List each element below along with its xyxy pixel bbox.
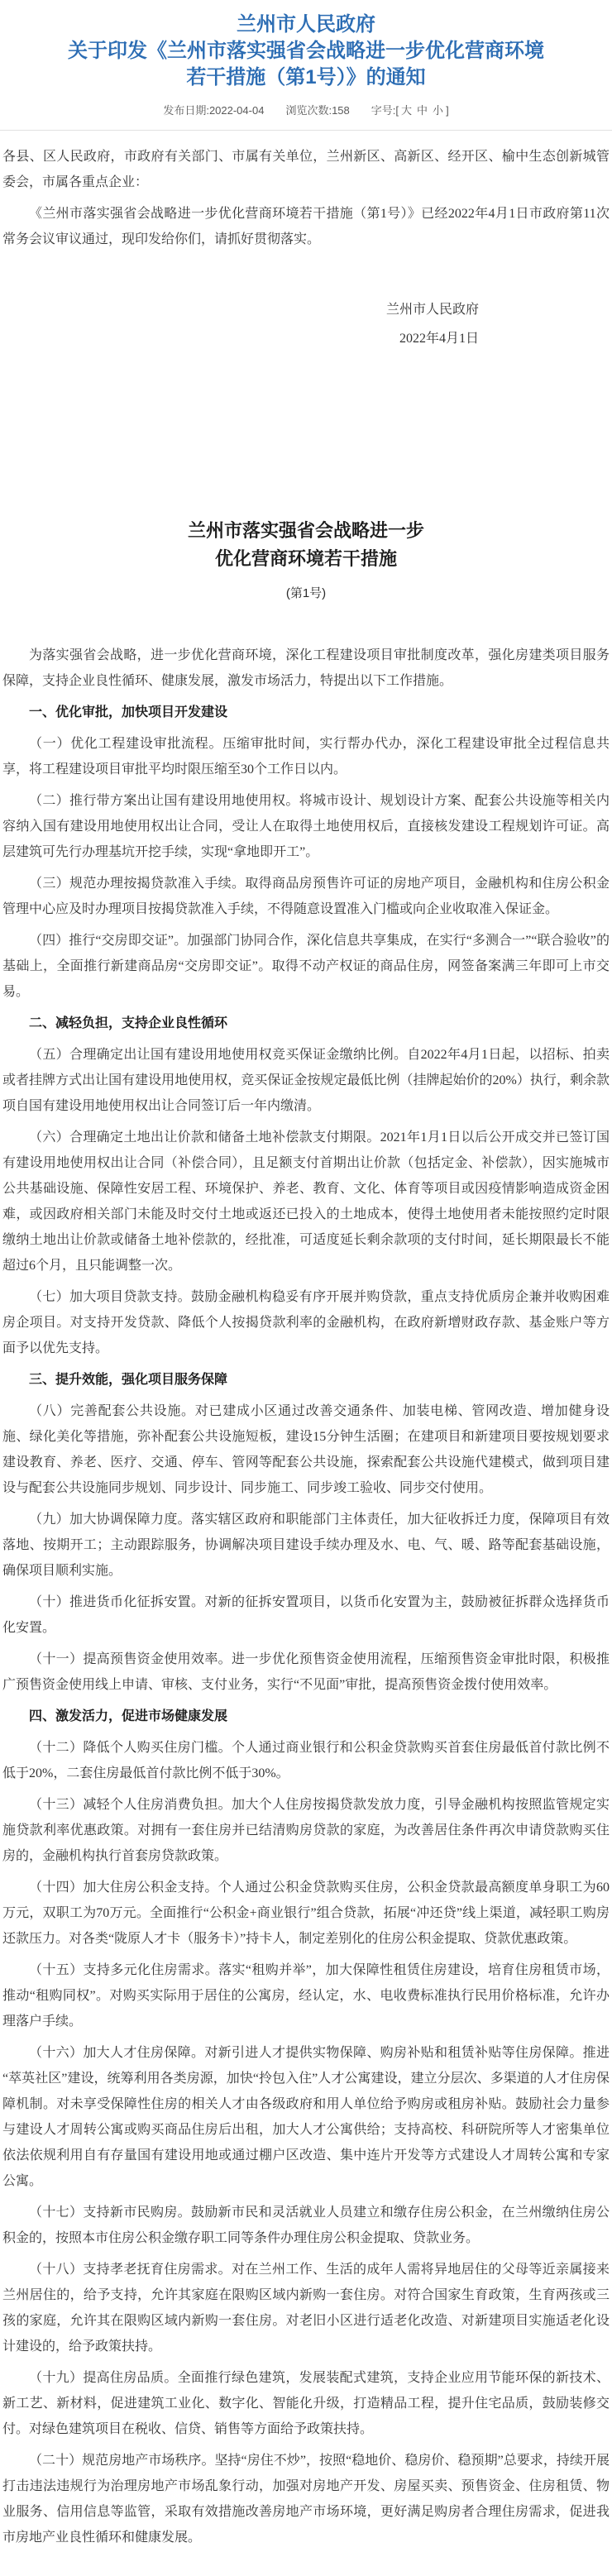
notice-header: 兰州市人民政府关于印发《兰州市落实强省会战略进一步优化营商环境若干措施（第1号）… [0, 0, 612, 131]
page-title-line: 关于印发《兰州市落实强省会战略进一步优化营商环境 [0, 38, 612, 65]
document-title-line: 优化营商环境若干措施 [2, 545, 610, 573]
font-size-control: 大中小 [399, 102, 446, 117]
document-paragraph: （十三）减轻个人住房消费负担。加大个人住房按揭贷款发放力度，引导金融机构按照监管… [2, 1792, 610, 1869]
document-paragraph: （六）合理确定土地出让价款和储备土地补偿款支付期限。2021年1月1日以后公开成… [2, 1125, 610, 1278]
document-subtitle: (第1号) [2, 581, 610, 606]
signature-block: 兰州市人民政府 2022年4月1日 [2, 295, 610, 353]
document-paragraph: 为落实强省会战略，进一步优化营商环境，深化工程建设项目审批制度改革，强化房建类项… [2, 643, 610, 694]
signature: 兰州市人民政府 [2, 295, 479, 324]
document-paragraph: （十八）支持孝老抚育住房需求。对在兰州工作、生活的成年人需将异地居住的父母等近亲… [2, 2257, 610, 2359]
document-paragraph: （十五）支持多元化住房需求。落实“租购并举”，加大保障性租赁住房建设，培育住房租… [2, 1957, 610, 2034]
notice-content: 各县、区人民政府，市政府有关部门、市属有关单位，兰州新区、高新区、经开区、榆中生… [0, 144, 612, 2576]
document-paragraph: （八）完善配套公共设施。对已建成小区通过改善交通条件、加装电梯、管网改造、增加健… [2, 1398, 610, 1501]
font-size-option[interactable]: 小 [430, 104, 446, 117]
document-paragraph: （十六）加大人才住房保障。对新引进人才提供实物保障、购房补贴和租赁补贴等住房保障… [2, 2040, 610, 2194]
font-size-option[interactable]: 大 [399, 104, 414, 117]
document-paragraph: （九）加大协调保障力度。落实辖区政府和职能部门主体责任，加大征收拆迁力度，保障项… [2, 1507, 610, 1584]
bracket-close: ] [446, 104, 449, 117]
page-title: 兰州市人民政府关于印发《兰州市落实强省会战略进一步优化营商环境若干措施（第1号）… [0, 12, 612, 91]
meta-bar: 发布日期: 2022-04-04浏览次数:158字号: [ 大中小 ] [0, 102, 612, 117]
document-title: 兰州市落实强省会战略进一步优化营商环境若干措施 [2, 517, 610, 573]
addressee: 各县、区人民政府，市政府有关部门、市属有关单位，兰州新区、高新区、经开区、榆中生… [2, 144, 610, 195]
document-paragraph: （十七）支持新市民购房。鼓励新市民和灵活就业人员建立和缴存住房公积金，在兰州缴纳… [2, 2200, 610, 2251]
document-paragraph: （三）规范办理按揭贷款准入手续。取得商品房预售许可证的房地产项目，金融机构和住房… [2, 871, 610, 922]
document-paragraph: （十一）提高预售资金使用效率。进一步优化预售资金使用流程，压缩预售资金审批时限，… [2, 1646, 610, 1698]
view-count-label: 浏览次数: [285, 102, 332, 117]
publish-date-label: 发布日期: [163, 102, 209, 117]
font-size-option[interactable]: 中 [414, 104, 430, 117]
document-paragraph: （十九）提高住房品质。全面推行绿色建筑，发展装配式建筑，支持企业应用节能环保的新… [2, 2365, 610, 2442]
document-paragraph: （十）推进货币化征拆安置。对新的征拆安置项目，以货币化安置为主，鼓励被征拆群众选… [2, 1589, 610, 1641]
section-heading: 四、激发活力，促进市场健康发展 [2, 1704, 610, 1729]
document-paragraph: （一）优化工程建设审批流程。压缩审批时间，实行帮办代办，深化工程建设审批全过程信… [2, 731, 610, 782]
document-paragraph: （十二）降低个人购买住房门槛。个人通过商业银行和公积金贷款购买首套住房最低首付款… [2, 1735, 610, 1786]
page-title-line: 兰州市人民政府 [0, 12, 612, 38]
document-paragraph: （四）推行“交房即交证”。加强部门协同合作，深化信息共享集成，在实行“多测合一”… [2, 928, 610, 1005]
signature-date: 2022年4月1日 [2, 324, 479, 353]
document-paragraph: （五）合理确定出让国有建设用地使用权竞买保证金缴纳比例。自2022年4月1日起，… [2, 1042, 610, 1119]
document-body: 为落实强省会战略，进一步优化营商环境，深化工程建设项目审批制度改革，强化房建类项… [2, 643, 610, 2576]
section-heading: 二、减轻负担，支持企业良性循环 [2, 1011, 610, 1036]
notice-body: 《兰州市落实强省会战略进一步优化营商环境若干措施（第1号）》已经2022年4月1… [2, 201, 610, 252]
document-paragraph: （二）推行带方案出让国有建设用地使用权。将城市设计、规划设计方案、配套公共设施等… [2, 788, 610, 865]
divider [0, 130, 612, 131]
font-size-label: 字号: [371, 102, 396, 117]
document-paragraph: （二十）规范房地产市场秩序。坚持“房住不炒”，按照“稳地价、稳房价、稳预期”总要… [2, 2448, 610, 2550]
document-paragraph: （十四）加大住房公积金支持。个人通过公积金贷款购买住房，公积金贷款最高额度单身职… [2, 1875, 610, 1952]
publish-date: 2022-04-04 [209, 104, 265, 117]
view-count: 158 [332, 104, 350, 117]
document-paragraph: （七）加大项目贷款支持。鼓励金融机构稳妥有序开展并购贷款，重点支持优质房企兼并收… [2, 1284, 610, 1361]
page-title-line: 若干措施（第1号）》的通知 [0, 65, 612, 91]
section-heading: 一、优化审批，加快项目开发建设 [2, 700, 610, 725]
page-container: 兰州市人民政府关于印发《兰州市落实强省会战略进一步优化营商环境若干措施（第1号）… [0, 0, 612, 2576]
document-title-block: 兰州市落实强省会战略进一步优化营商环境若干措施 (第1号) [2, 517, 610, 606]
section-heading: 三、提升效能，强化项目服务保障 [2, 1367, 610, 1393]
document-title-line: 兰州市落实强省会战略进一步 [2, 517, 610, 545]
